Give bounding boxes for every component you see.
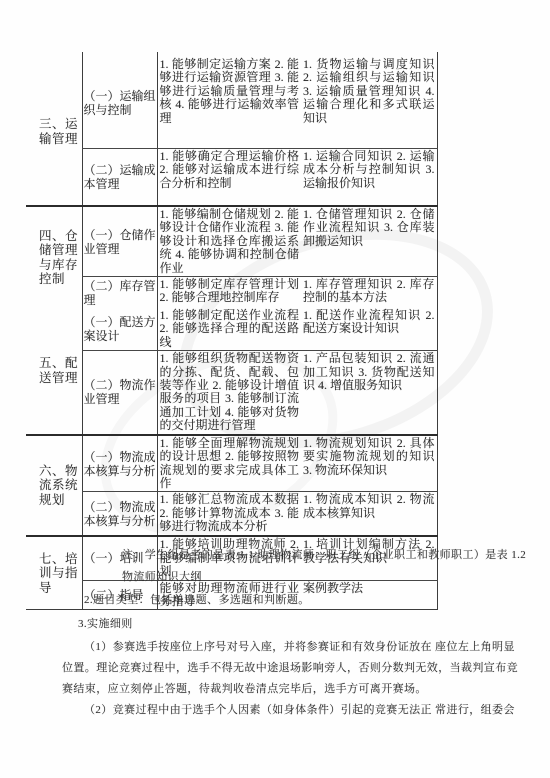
- rule-1-line-3: 赛结束，应立刻停止答题，待裁判收卷清点完毕后，选手方可离开赛场。: [62, 680, 427, 696]
- knowledge-cell: 1. 物流成本知识 2. 物流成本核算知识: [301, 492, 437, 537]
- skills-cell: 1. 能够全面理解物流规划的设计思想 2. 能够按照物流规划的要求完成具体工作: [157, 435, 301, 492]
- skills-cell: 1. 能够制定运输方案 2. 能够进行运输资源管理 3. 能够进行运输质量管理与…: [157, 52, 301, 149]
- knowledge-cell: 1. 库存管理知识 2. 库存控制的基本方法: [301, 277, 437, 309]
- rule-1-line-1: （1）参赛选手按座位上序号对号入座，并将参赛证和有效身份证放在 座位左上角明显: [84, 638, 515, 654]
- document-page: 三、运输管理 （一）运输组织与控制 1. 能够制定运输方案 2. 能够进行运输资…: [0, 0, 550, 778]
- rule-1-line-2: 位置。理论竞赛过程中，选手不得无故中途退场影响旁人，否则分数判无效，当裁判宣布竞: [62, 659, 518, 675]
- skills-cell: 1. 能够汇总物流成本数据 2. 能够计算物流成本 3. 能够进行物流成本分析: [157, 492, 301, 537]
- rule-2-line-1: （2）竞赛过程中由于选手个人因素（如身体条件）引起的竞赛无法正 常进行，组委会: [84, 701, 515, 717]
- knowledge-cell: 案例教学法: [301, 580, 437, 610]
- work-item-cell: （二）库存管理: [82, 277, 157, 309]
- knowledge-cell: 1. 物流规划知识 2. 具体要实施物流规划的知识 3. 物流环保知识: [301, 435, 437, 492]
- category-cell-warehouse-inventory: 四、仓储管理与库存控制: [26, 206, 82, 308]
- knowledge-cell: 1. 货物运输与调度知识 2. 运输组织与运输知识 3. 运输质量管理知识 4.…: [301, 52, 437, 149]
- note-line-1: 注：学生组是考的是表 1.1 助理物流师；职工组（企业职工和教师职工）是表 1.…: [122, 546, 526, 562]
- category-cell-distribution-management: 五、配送管理: [26, 308, 82, 435]
- skills-cell: 1. 能够制定配送作业流程 2. 能够选择合理的配送路线: [157, 308, 301, 351]
- knowledge-cell: 1. 配送作业流程知识 2. 配送方案设计知识: [301, 308, 437, 351]
- knowledge-cell: 1. 产品包装知识 2. 流通加工知识 3. 货物配送知识 4. 增值服务知识: [301, 351, 437, 435]
- skills-cell: 1. 能够制定库存管理计划 2. 能够合理地控制库存: [157, 277, 301, 309]
- category-cell-training-guidance: 七、培训与指导: [26, 536, 82, 610]
- work-item-cell: （一）配送方案设计: [82, 308, 157, 351]
- note-line-2: 物流师知识大纲: [122, 568, 202, 584]
- knowledge-cell: 1. 仓储管理知识 2. 仓储作业流程知识 3. 仓库装卸搬运知识: [301, 206, 437, 277]
- note-item-implementation-rules: 3.实施细则: [78, 615, 133, 631]
- note-item-question-types: 2.题目类型：包括单选题、多选题和判断题。: [84, 591, 310, 607]
- knowledge-cell: 1. 运输合同知识 2. 运输成本分析与控制知识 3. 运输报价知识: [301, 149, 437, 207]
- work-item-cell: （二）物流作业管理: [82, 351, 157, 435]
- skills-cell: 1. 能够确定合理运输价格 2. 能够对运输成本进行综合分析和控制: [157, 149, 301, 207]
- work-item-cell: （一）运输组织与控制: [82, 52, 157, 149]
- work-item-cell: （一）物流成本核算与分析: [82, 435, 157, 492]
- category-cell-transport-management: 三、运输管理: [26, 52, 82, 206]
- certification-requirements-table: 三、运输管理 （一）运输组织与控制 1. 能够制定运输方案 2. 能够进行运输资…: [26, 52, 438, 610]
- category-cell-logistics-system-planning: 六、物流系统规划: [26, 435, 82, 537]
- work-item-cell: （二）运输成本管理: [82, 149, 157, 207]
- work-item-cell: （一）仓储作业管理: [82, 206, 157, 277]
- skills-cell: 1. 能够编制仓储规划 2. 能够设计仓储作业流程 3. 能够设计和选择仓库搬运…: [157, 206, 301, 277]
- skills-cell: 1. 能够组织货物配送物资的分拣、配货、配载、包装等作业 2. 能够设计增值服务…: [157, 351, 301, 435]
- work-item-cell: （二）物流成本核算与分析: [82, 492, 157, 537]
